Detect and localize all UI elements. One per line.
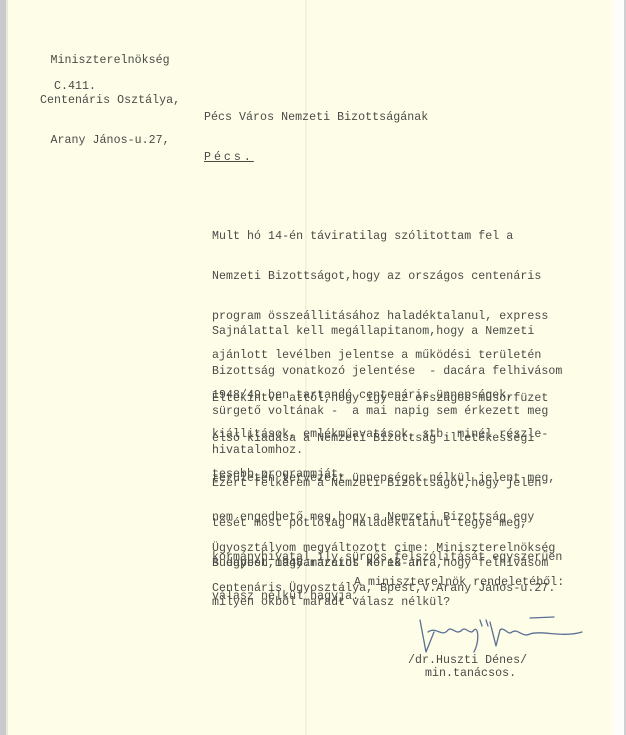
sender-line: Miniszterelnökség: [40, 54, 180, 67]
text-line: első kiadása a Nemzeti Bizottság illeték…: [212, 432, 562, 445]
date-line: Budapest,1948.március hó 18-án.: [212, 557, 429, 570]
addressee-city: Pécs.: [204, 151, 428, 164]
signatory-name: /dr.Huszti Dénes/: [408, 654, 527, 667]
reference-number: C.411.: [54, 80, 96, 93]
sender-block: Miniszterelnökség Centenáris Osztálya, A…: [40, 28, 180, 173]
scan-left-shadow: [6, 0, 8, 735]
text-line: Sajnálattal kell megállapitanom,hogy a N…: [212, 325, 562, 338]
authority-line: A miniszterelnök rendeletéből:: [354, 576, 564, 589]
text-line: Eltekintve attól,hogy igy az országos mű…: [212, 392, 562, 405]
sender-line: Centenáris Osztálya,: [40, 94, 180, 107]
addressee-name: Pécs Város Nemzeti Bizottságának: [204, 111, 428, 124]
sender-line: Arany János-u.27,: [40, 134, 180, 147]
signatory-title: min.tanácsos.: [425, 667, 516, 680]
text-line: Nemzeti Bizottságot,hogy az országos cen…: [212, 270, 548, 283]
addressee-block: Pécs Város Nemzeti Bizottságának Pécs.: [204, 85, 428, 191]
handwritten-signature-icon: [412, 612, 592, 657]
text-line: Mult hó 14-én táviratilag szólitottam fe…: [212, 230, 548, 243]
text-line: Ezért felkérem a Nemzeti Bizottságot,hog…: [212, 477, 548, 490]
scanned-letter: Miniszterelnökség Centenáris Osztálya, A…: [0, 0, 626, 735]
text-line: Ügyosztályom megváltozott cime: Miniszte…: [212, 542, 555, 555]
